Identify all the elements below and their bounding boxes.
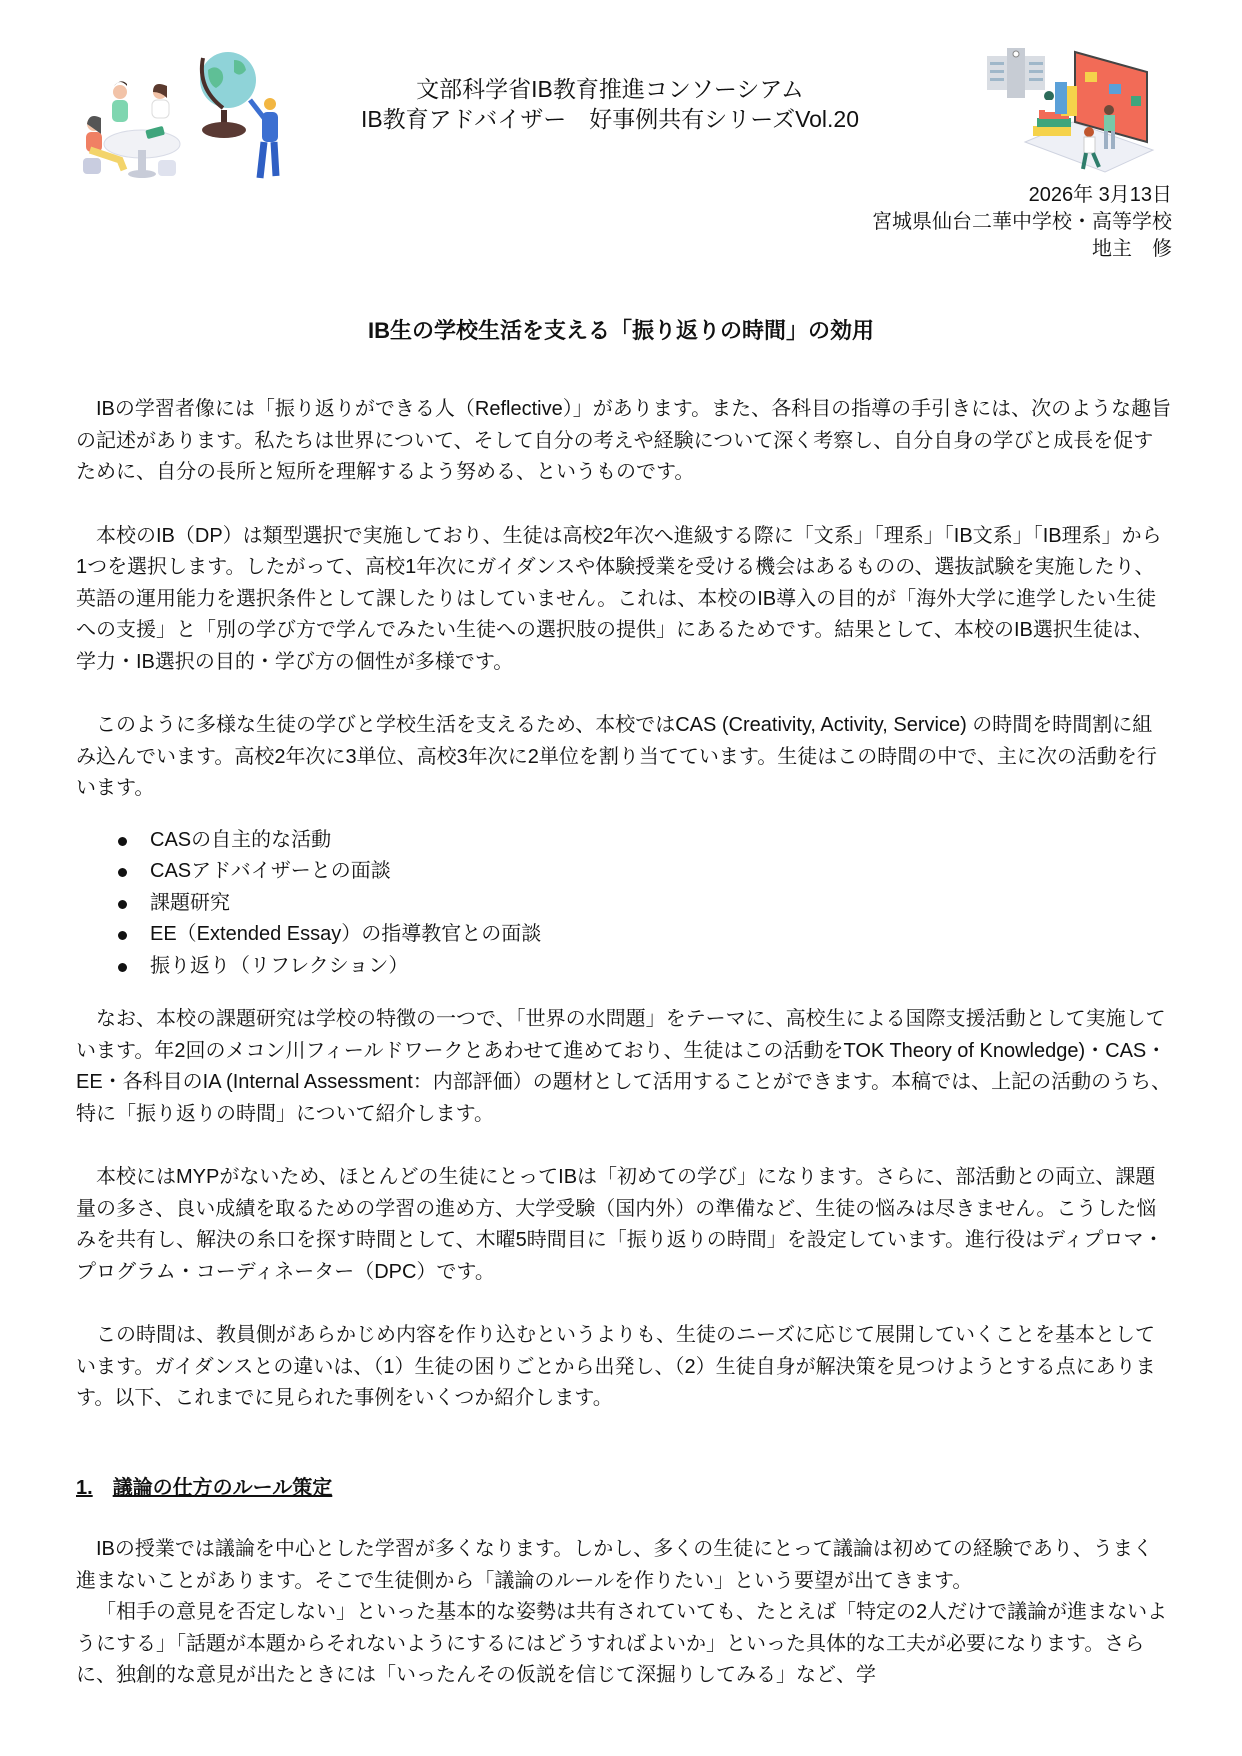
header-title: 文部科学省IB教育推進コンソーシアム IB教育アドバイザー 好事例共有シリーズV… [300,74,920,134]
section-number: 1. [76,1477,93,1499]
activity-list: CASの自主的な活動 CASアドバイザーとの面談 課題研究 EE（Extende… [76,825,1172,983]
section-heading-1: 1.議論の仕方のルール策定 [76,1473,1172,1505]
school-learning-laptop-illustration [985,42,1165,184]
school-name: 宮城県仙台二華中学校・高等学校 [872,209,1172,236]
author-name: 地主 修 [872,236,1172,263]
paragraph: 「相手の意見を否定しない」といった基本的な姿勢は共有されていても、たとえば「特定… [76,1597,1172,1692]
list-item-text: 振り返り（リフレクション） [150,955,408,977]
bullet-icon [118,868,127,877]
paragraph: この時間は、教員側があらかじめ内容を作り込むというよりも、生徒のニーズに応じて展… [76,1320,1172,1415]
list-item: EE（Extended Essay）の指導教官との面談 [76,919,1172,951]
students-discussion-globe-illustration [78,40,286,188]
list-item-text: 課題研究 [150,892,230,914]
paragraph: IBの学習者像には「振り返りができる人（Reflective）」があります。また… [76,394,1172,489]
bullet-icon [118,963,127,972]
list-item-text: CASの自主的な活動 [150,829,331,851]
document-date: 2026年 3月13日 [872,182,1172,209]
bullet-icon [118,931,127,940]
section-title: 議論の仕方のルール策定 [113,1477,333,1499]
bullet-icon [118,900,127,909]
list-item: CASの自主的な活動 [76,825,1172,857]
document-title: IB生の学校生活を支える「振り返りの時間」の効用 [0,314,1242,345]
list-item: 振り返り（リフレクション） [76,951,1172,983]
bullet-icon [118,837,127,846]
header-title-line2: IB教育アドバイザー 好事例共有シリーズVol.20 [300,104,920,134]
paragraph: 本校のIB（DP）は類型選択で実施しており、生徒は高校2年次へ進級する際に「文系… [76,521,1172,679]
list-item: CASアドバイザーとの面談 [76,856,1172,888]
paragraph: なお、本校の課題研究は学校の特徴の一つで、「世界の水問題」をテーマに、高校生によ… [76,1004,1172,1130]
paragraph: IBの授業では議論を中心とした学習が多くなります。しかし、多くの生徒にとって議論… [76,1534,1172,1597]
paragraph: このように多様な生徒の学びと学校生活を支えるため、本校ではCAS (Creati… [76,710,1172,805]
document-body: IBの学習者像には「振り返りができる人（Reflective）」があります。また… [76,394,1172,1724]
list-item-text: CASアドバイザーとの面談 [150,860,391,882]
paragraph: 本校にはMYPがないため、ほとんどの生徒にとってIBは「初めての学び」になります… [76,1162,1172,1288]
list-item: 課題研究 [76,888,1172,920]
list-item-text: EE（Extended Essay）の指導教官との面談 [150,923,541,945]
document-meta: 2026年 3月13日 宮城県仙台二華中学校・高等学校 地主 修 [872,182,1172,263]
header-title-line1: 文部科学省IB教育推進コンソーシアム [300,74,920,104]
